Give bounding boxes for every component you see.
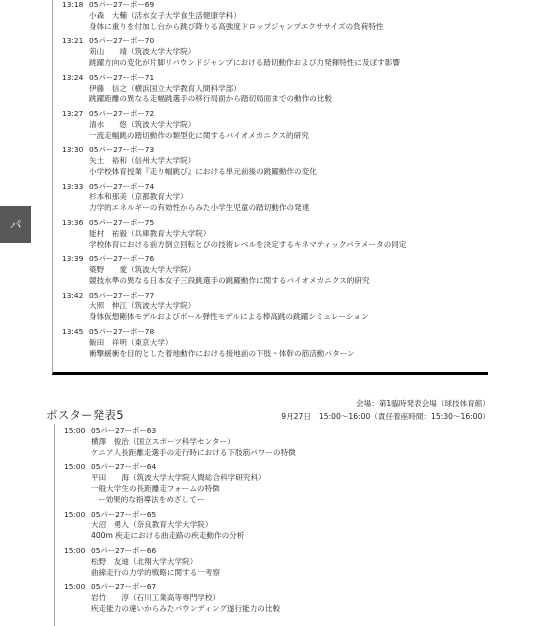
program-entry: 13:36 05パー27ーポー75 能村 祐毅（兵庫教育大学大学院） 学校体育に… bbox=[53, 218, 488, 251]
session-a-block: 13:18 05パー27ーポー69 小森 大輔（活水女子大学食生活健康学科） 身… bbox=[52, 0, 488, 375]
entry-code: 05パー27ーポー73 bbox=[89, 145, 488, 156]
entry-title: 競技水準の異なる日本女子三段跳選手の跳躍動作に関するバイオメカニクス的研究 bbox=[89, 276, 488, 287]
entry-code: 05パー27ーポー67 bbox=[91, 582, 494, 593]
entry-author: 清水 悠（筑波大学大学院） bbox=[89, 120, 488, 131]
entry-title: 学校体育における前方倒立回転とびの技術レベルを決定するキネマティックパラメータの… bbox=[89, 240, 488, 251]
entry-author: 横澤 俊治（国立スポーツ科学センター） bbox=[91, 437, 494, 448]
entry-time: 15:00 bbox=[64, 426, 85, 437]
entry-time: 13:21 bbox=[62, 36, 83, 47]
entry-time: 13:42 bbox=[62, 291, 83, 302]
entry-author: 伊藤 信之（横浜国立大学教育人間科学部） bbox=[89, 84, 488, 95]
program-entry: 13:39 05パー27ーポー76 築野 愛（筑波大学大学院） 競技水準の異なる… bbox=[53, 254, 488, 287]
entry-title: 身体仮想剛体モデルおよびポール弾性モデルによる棒高跳の跳躍シミュレーション bbox=[89, 312, 488, 323]
entry-code: 05パー27ーポー64 bbox=[91, 462, 494, 473]
entry-time: 13:39 bbox=[62, 254, 83, 265]
entry-time: 13:24 bbox=[62, 73, 83, 84]
entry-author: 苅山 靖（筑波大学大学院） bbox=[89, 47, 488, 58]
program-entry: 15:00 05パー27ーポー63 横澤 俊治（国立スポーツ科学センター） ケニ… bbox=[55, 426, 494, 459]
entry-time: 13:33 bbox=[62, 182, 83, 193]
entry-code: 05パー27ーポー69 bbox=[89, 0, 488, 11]
program-entry: 15:00 05パー27ーポー67 岩竹 淳（石川工業高等専門学校） 疾走能力の… bbox=[55, 582, 494, 615]
program-entry: 13:27 05パー27ーポー72 清水 悠（筑波大学大学院） 一流走幅跳の踏切… bbox=[53, 109, 488, 142]
session-header: 会場：第1臨時発表会場（球技体育館） ポスター発表5 9月27日15:00〜16… bbox=[46, 398, 492, 424]
entry-title: 曲線走行の力学的戦略に関する一考察 bbox=[91, 568, 494, 579]
entry-author: 築野 愛（筑波大学大学院） bbox=[89, 265, 488, 276]
entry-author: 能村 祐毅（兵庫教育大学大学院） bbox=[89, 229, 488, 240]
session-b-block: 15:00 05パー27ーポー63 横澤 俊治（国立スポーツ科学センター） ケニ… bbox=[54, 424, 494, 626]
entry-code: 05パー27ーポー71 bbox=[89, 73, 488, 84]
entry-title: 力学的エネルギーの有効性からみた小学生児童の踏切動作の発達 bbox=[89, 203, 488, 214]
entry-author: 杉本和那美（京都教育大学） bbox=[89, 192, 488, 203]
entry-title: 小学校体育授業『走り幅跳び』における単元前後の跳躍動作の変化 bbox=[89, 167, 488, 178]
entry-author: 平田 海（筑波大学大学院人間総合科学研究科） bbox=[91, 473, 494, 484]
entry-time: 15:00 bbox=[64, 546, 85, 557]
entry-time: 15:00 bbox=[64, 462, 85, 473]
program-entry: 15:00 05パー27ーポー66 松野 友迪（北翔大学大学院） 曲線走行の力学… bbox=[55, 546, 494, 579]
entry-author: 小森 大輔（活水女子大学食生活健康学科） bbox=[89, 11, 488, 22]
entry-title: 疾走能力の違いからみたバウンディング遂行能力の比較 bbox=[91, 604, 494, 615]
entry-code: 05パー27ーポー72 bbox=[89, 109, 488, 120]
entry-time: 15:00 bbox=[64, 510, 85, 521]
program-entry: 13:18 05パー27ーポー69 小森 大輔（活水女子大学食生活健康学科） 身… bbox=[53, 0, 488, 33]
program-entry: 13:21 05パー27ーポー70 苅山 靖（筑波大学大学院） 跳躍方向の変化が… bbox=[53, 36, 488, 69]
entry-title: 身体に重りを付加し台から跳び降りる高強度ドロップジャンプエクササイズの負荷特性 bbox=[89, 22, 488, 33]
session-title: ポスター発表5 bbox=[46, 407, 124, 423]
entry-title: 跳躍方向の変化が片脚リバウンドジャンプにおける踏切動作および力発揮特性に及ぼす影… bbox=[89, 58, 488, 69]
entry-code: 05パー27ーポー74 bbox=[89, 182, 488, 193]
program-entry: 13:33 05パー27ーポー74 杉本和那美（京都教育大学） 力学的エネルギー… bbox=[53, 182, 488, 215]
entry-time: 13:45 bbox=[62, 327, 83, 338]
program-entry: 13:45 05パー27ーポー78 飯田 祥明（東京大学） 衝撃緩衝を目的とした… bbox=[53, 327, 488, 360]
entry-code: 05パー27ーポー77 bbox=[89, 291, 488, 302]
entry-title: 衝撃緩衝を目的とした着地動作における接地前の下肢・体幹の筋活動パターン bbox=[89, 349, 488, 360]
entry-author: 岩竹 淳（石川工業高等専門学校） bbox=[91, 593, 494, 604]
entry-author: 大照 伸江（筑波大学大学院） bbox=[89, 301, 488, 312]
session-date: 9月27日 bbox=[281, 412, 311, 421]
entry-code: 05パー27ーポー70 bbox=[89, 36, 488, 47]
entry-time: 13:27 bbox=[62, 109, 83, 120]
session-time-range: 15:00〜16:00（責任着座時間：15:30〜16:00） bbox=[319, 412, 490, 421]
entry-code: 05パー27ーポー75 bbox=[89, 218, 488, 229]
entry-author: 松野 友迪（北翔大学大学院） bbox=[91, 557, 494, 568]
session-b-entries: 15:00 05パー27ーポー63 横澤 俊治（国立スポーツ科学センター） ケニ… bbox=[55, 426, 494, 618]
entry-title: 跳躍距離の異なる走幅跳選手の移行局面から踏切局面までの動作の比較 bbox=[89, 94, 488, 105]
program-entry: 15:00 05パー27ーポー65 大沼 勇人（奈良教育大学大学院） 400m … bbox=[55, 510, 494, 543]
entry-title: 一般大学生の長距離走フォームの特徴 bbox=[91, 484, 494, 495]
program-entry: 13:24 05パー27ーポー71 伊藤 信之（横浜国立大学教育人間科学部） 跳… bbox=[53, 73, 488, 106]
entry-subtitle: ー効果的な指導法をめざしてー bbox=[91, 495, 494, 506]
entry-author: 矢土 裕和（信州大学大学院） bbox=[89, 156, 488, 167]
entry-author: 飯田 祥明（東京大学） bbox=[89, 338, 488, 349]
chapter-side-tab: パ bbox=[0, 206, 31, 243]
entry-time: 13:36 bbox=[62, 218, 83, 229]
session-schedule: 9月27日15:00〜16:00（責任着座時間：15:30〜16:00） bbox=[281, 411, 490, 422]
entry-title: 400m 疾走における曲走路の疾走動作の分析 bbox=[91, 531, 494, 542]
entry-code: 05パー27ーポー65 bbox=[91, 510, 494, 521]
side-tab-label: パ bbox=[9, 216, 21, 233]
entry-code: 05パー27ーポー66 bbox=[91, 546, 494, 557]
entry-time: 15:00 bbox=[64, 582, 85, 593]
entry-code: 05パー27ーポー76 bbox=[89, 254, 488, 265]
program-entry: 13:42 05パー27ーポー77 大照 伸江（筑波大学大学院） 身体仮想剛体モ… bbox=[53, 291, 488, 324]
entry-time: 13:18 bbox=[62, 0, 83, 11]
entry-author: 大沼 勇人（奈良教育大学大学院） bbox=[91, 520, 494, 531]
entry-title: ケニア人長距離走選手の走行時における下肢筋パワーの特徴 bbox=[91, 448, 494, 459]
program-entry: 15:00 05パー27ーポー64 平田 海（筑波大学大学院人間総合科学研究科）… bbox=[55, 462, 494, 506]
entry-code: 05パー27ーポー63 bbox=[91, 426, 494, 437]
entry-time: 13:30 bbox=[62, 145, 83, 156]
entry-code: 05パー27ーポー78 bbox=[89, 327, 488, 338]
session-a-entries: 13:18 05パー27ーポー69 小森 大輔（活水女子大学食生活健康学科） 身… bbox=[53, 0, 488, 363]
entry-title: 一流走幅跳の踏切動作の類型化に関するバイオメカニクス的研究 bbox=[89, 131, 488, 142]
program-entry: 13:30 05パー27ーポー73 矢土 裕和（信州大学大学院） 小学校体育授業… bbox=[53, 145, 488, 178]
session-venue: 会場：第1臨時発表会場（球技体育館） bbox=[356, 398, 490, 409]
